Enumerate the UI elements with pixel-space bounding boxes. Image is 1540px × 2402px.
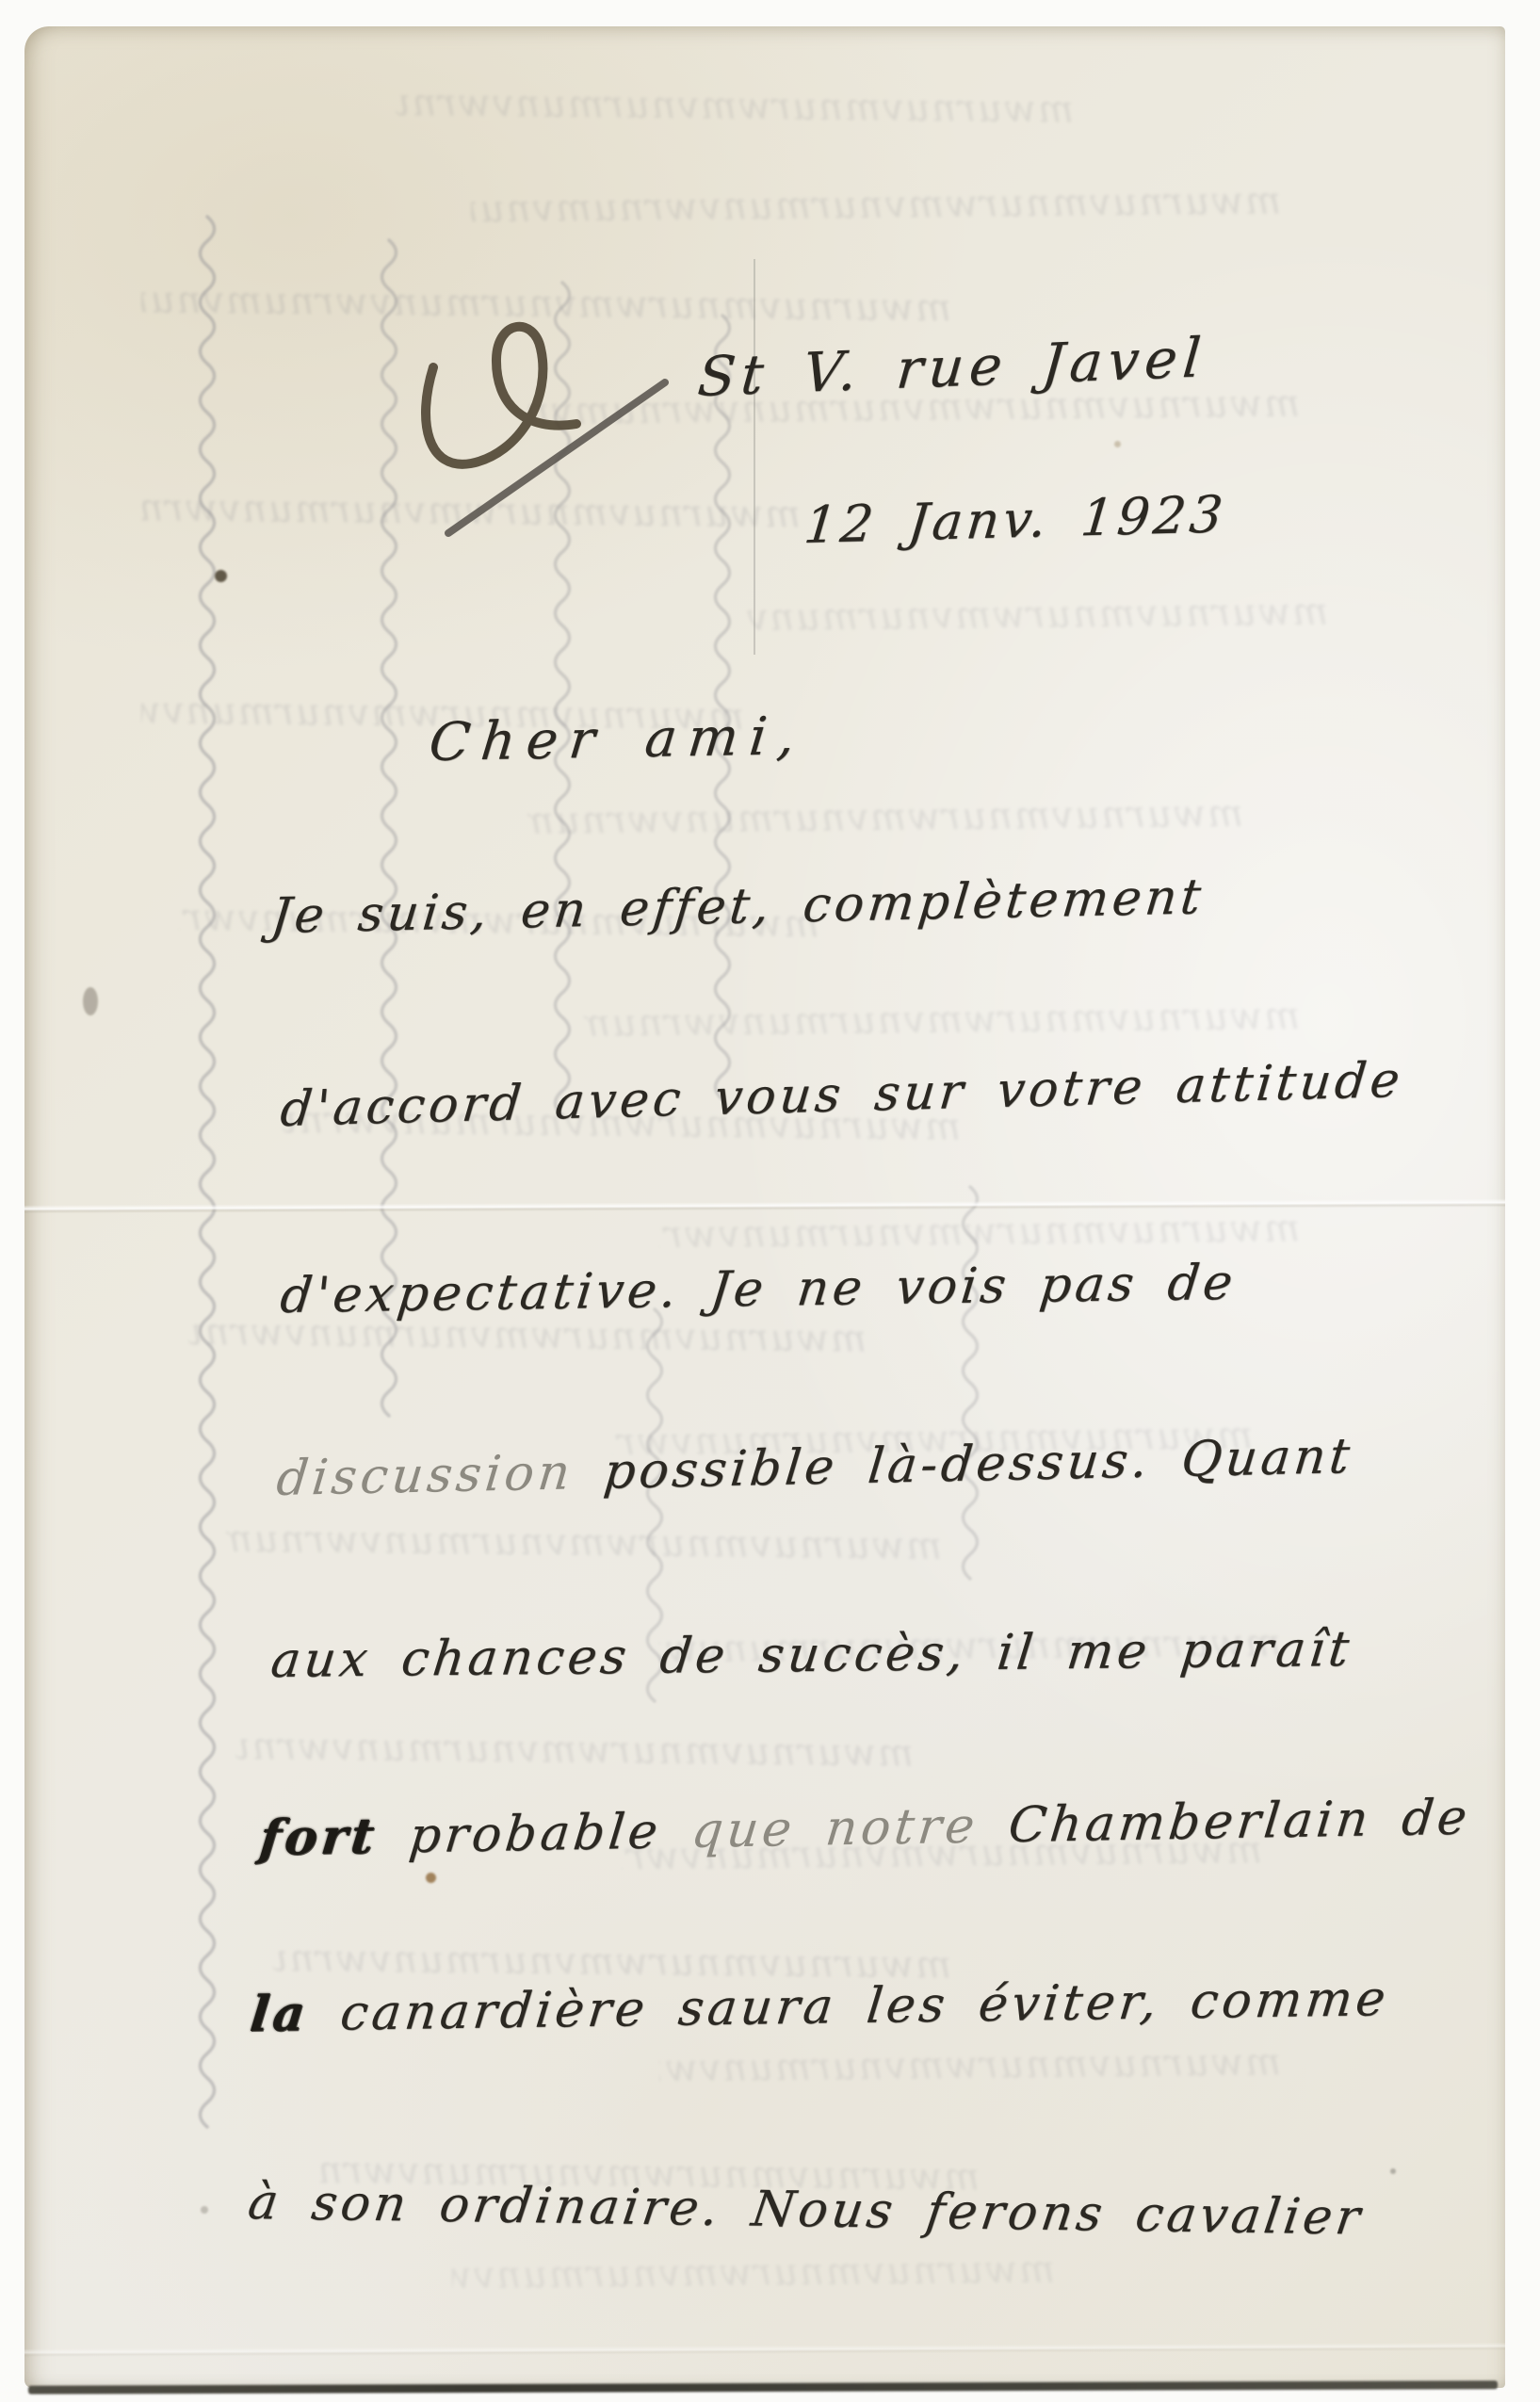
handwriting-segment: Cher ami, xyxy=(427,706,809,773)
paper-stain xyxy=(201,2206,208,2214)
handwriting-segment: la xyxy=(248,1985,344,2043)
showthrough-row: mwurnuvmnurwmvnurmunvwrnumvnurm xyxy=(527,792,1243,843)
showthrough-row: mwurnuvmnurwmvnurmunvwrnum xyxy=(452,2248,1055,2298)
showthrough-row: mwurnuvmnurwmvnurmunvwrnumvnurmwunv xyxy=(471,179,1281,231)
paper-stain xyxy=(83,987,98,1015)
paper-stain xyxy=(1390,2168,1396,2174)
handwriting-segment: discussion xyxy=(274,1444,607,1507)
scanned-letter: mwurnuvmnurwmvnurmunvwrnumvnurmwurnuvmnu… xyxy=(0,0,1540,2402)
showthrough-row: mwurnuvmnurwmvnurmunvwrnumvnurm xyxy=(584,995,1300,1046)
paper-stain xyxy=(1114,441,1121,447)
showthrough-row: mwurnuvmnurwmvnurmunvwrnumvnur xyxy=(396,81,1074,132)
handwriting-segment: 12 Janv. 1923 xyxy=(802,484,1229,555)
letter-page: mwurnuvmnurwmvnurmunvwrnumvnurmwurnuvmnu… xyxy=(24,26,1505,2388)
handwriting-segment: fort xyxy=(257,1807,413,1867)
showthrough-column xyxy=(956,1187,984,1592)
body-line-5: aux chances de succès, il me paraît xyxy=(268,1621,1355,1689)
showthrough-row: mwurnuvmnurwmvnurmunvwrnumvnurm xyxy=(226,1517,942,1568)
date-line: 12 Janv. 1923 xyxy=(802,484,1229,555)
showthrough-row: mwurnuvmnurwmvnurmunvwrnumv xyxy=(659,2041,1281,2091)
handwriting-segment: que notre xyxy=(689,1797,1012,1859)
showthrough-row: mwurnuvmnurwmvnurmunvwrnu xyxy=(744,591,1328,640)
paraph-flourish-icon xyxy=(390,307,684,554)
showthrough-rule xyxy=(754,259,755,655)
showthrough-column xyxy=(193,217,221,2176)
paper-stain xyxy=(215,570,227,582)
handwriting-segment: Chamberlain de xyxy=(1006,1790,1473,1855)
paper-stain xyxy=(426,1873,436,1883)
showthrough-row: mwurnuvmnurwmvnurmunvwrnumvnur xyxy=(235,1725,914,1776)
handwriting-segment: aux chances de succès, il me paraît xyxy=(268,1621,1355,1689)
handwriting-segment: probable xyxy=(407,1803,695,1864)
salutation-line: Cher ami, xyxy=(427,706,809,773)
